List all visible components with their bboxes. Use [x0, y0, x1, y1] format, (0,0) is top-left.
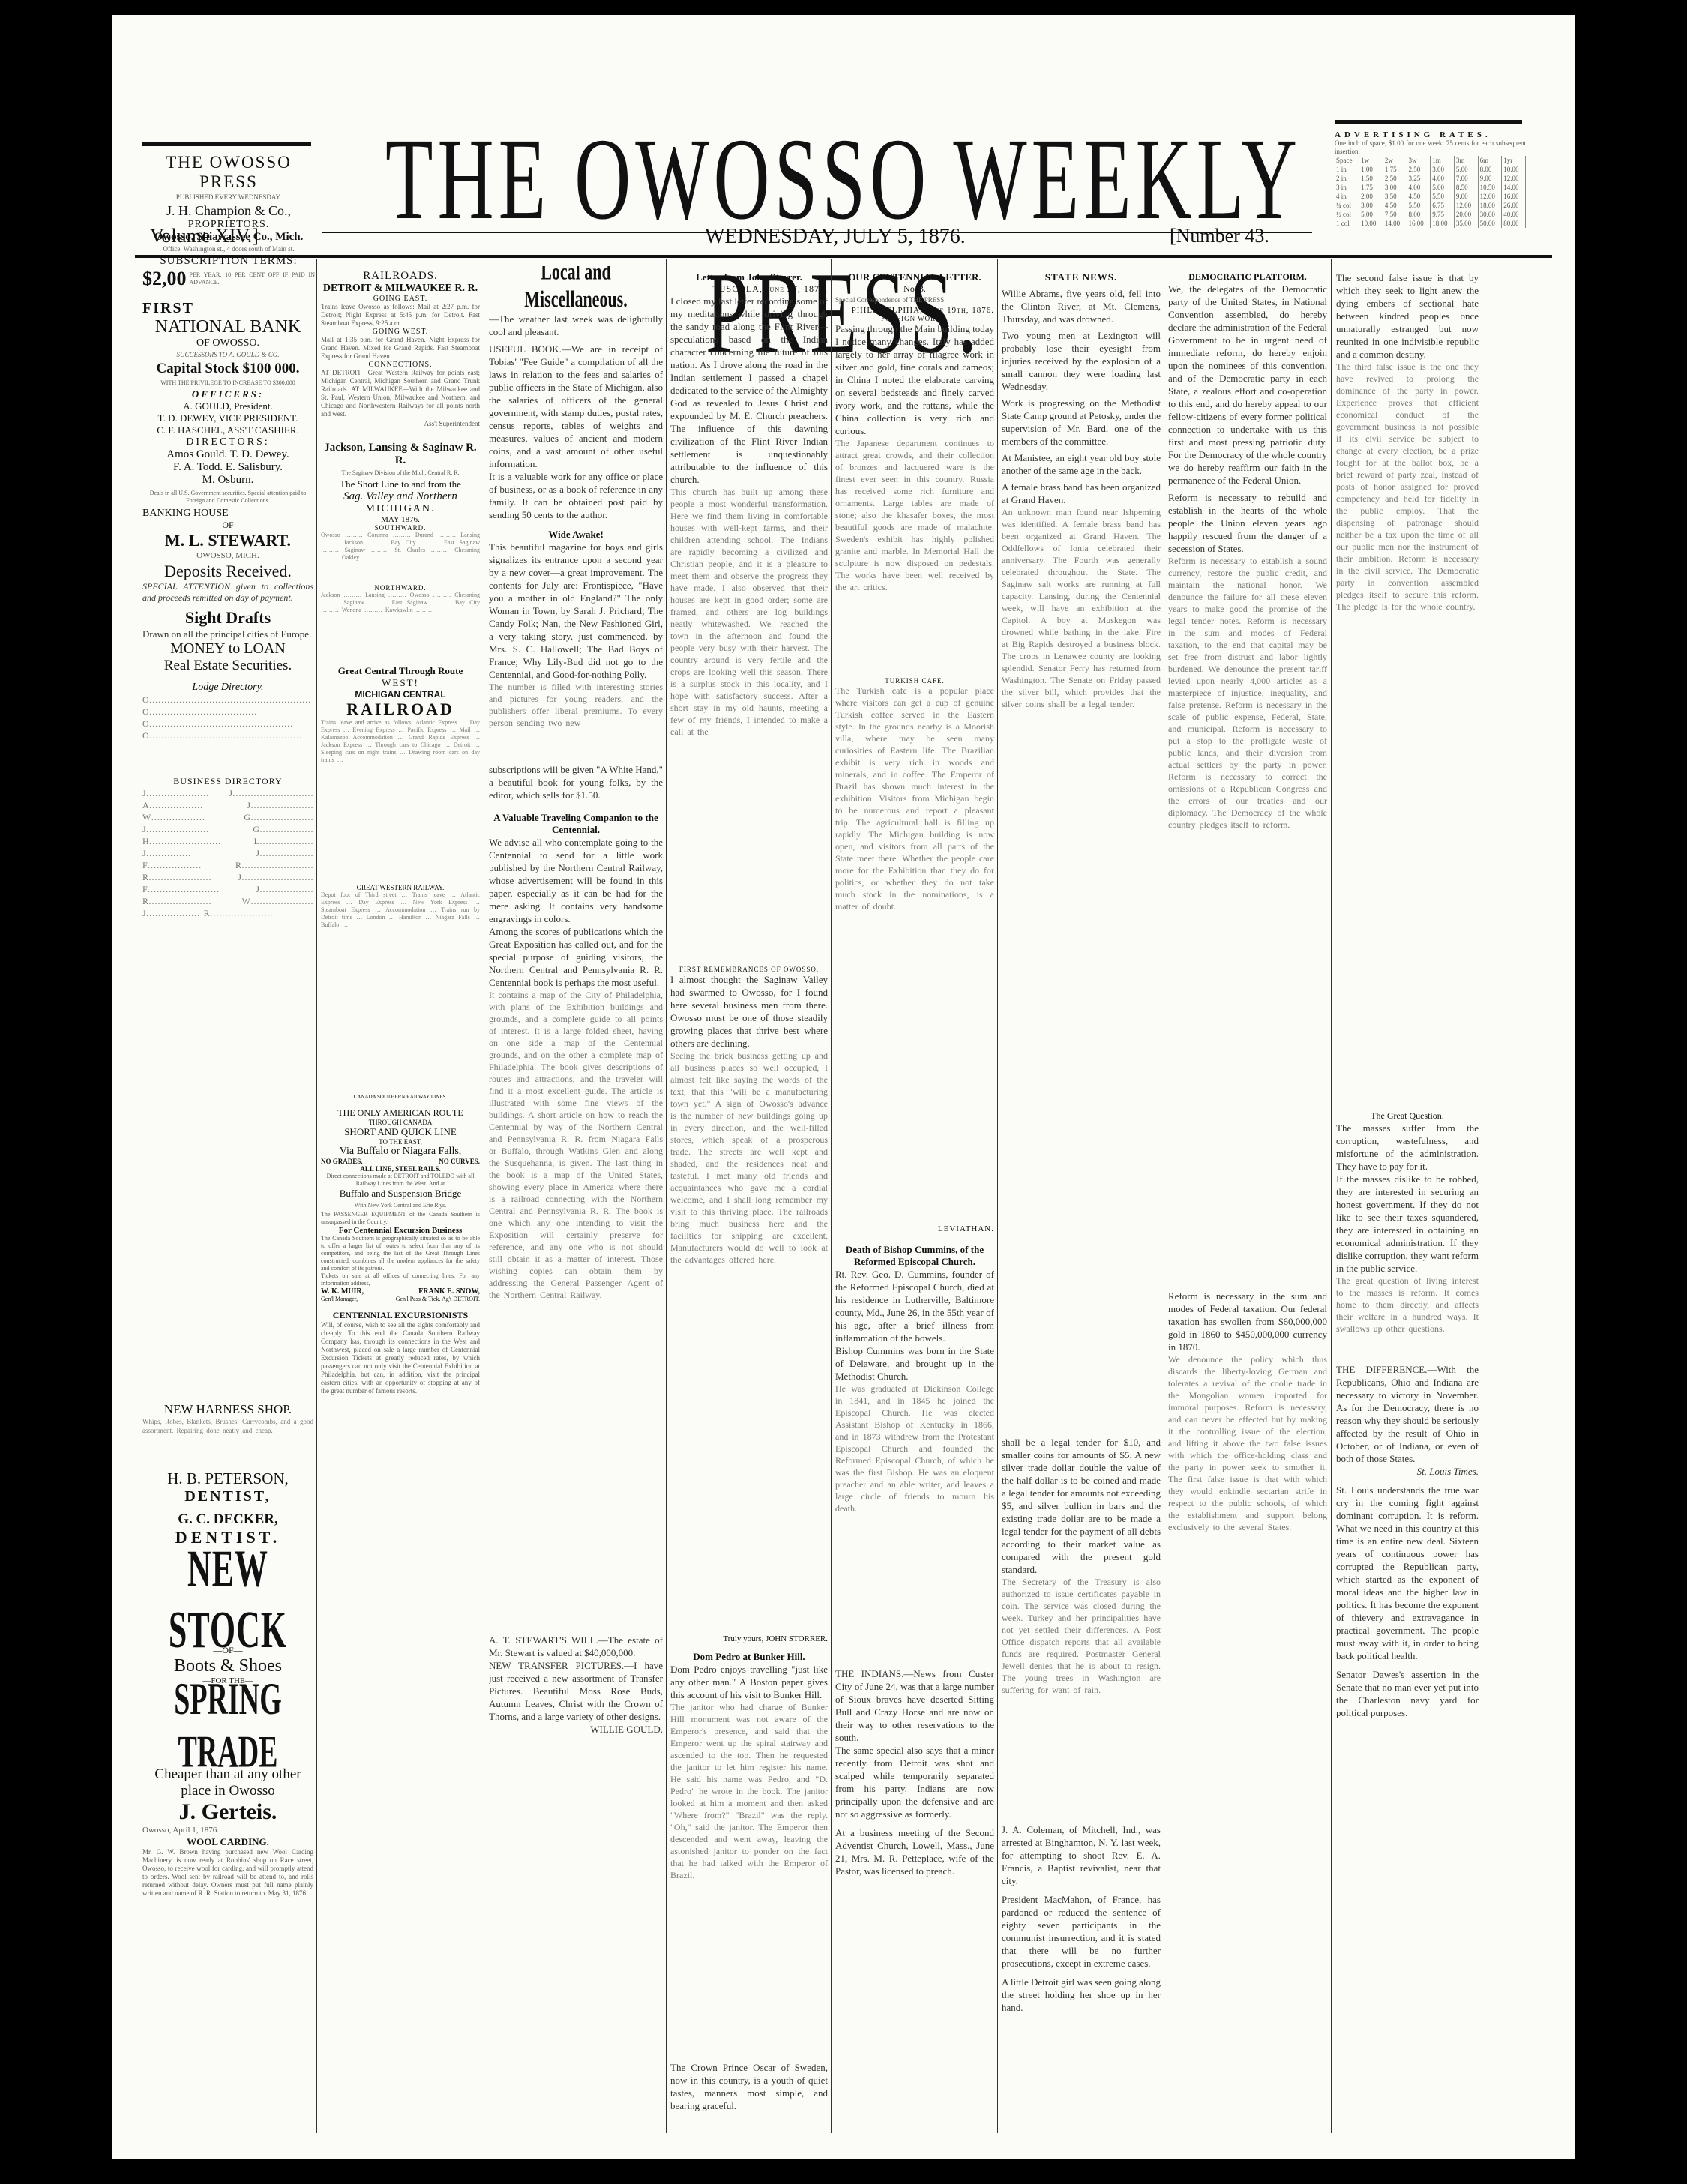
going-east: GOING EAST. [321, 295, 480, 303]
officer: C. F. HASCHEL, ASS'T CASHIER. [142, 424, 313, 436]
rates-cell: 5.50 [1407, 201, 1431, 210]
great-western: GREAT WESTERN RAILWAY. [321, 884, 480, 891]
rates-cell: 5.00 [1359, 210, 1383, 219]
rates-cell: 1.75 [1383, 165, 1407, 174]
no-curves: NO CURVES. [439, 1158, 480, 1165]
bank-first: FIRST [142, 300, 313, 317]
rates-row: 1 col10.0014.0016.0018.0035.0050.0080.00 [1335, 219, 1526, 228]
officers-list: A. GOULD, President.T. D. DEWEY, VICE PR… [142, 400, 313, 436]
foreign-works: FOREIGN WORKS. [835, 315, 994, 322]
to-east: TO THE EAST, [321, 1138, 480, 1146]
rates-cell: 35.00 [1454, 219, 1478, 228]
rates-cell: 18.00 [1431, 219, 1455, 228]
rates-cell: 80.00 [1502, 219, 1526, 228]
muir: W. K. MUIR, [321, 1287, 364, 1296]
canada-southern-lines: CANADA SOUTHERN RAILWAY LINES. [321, 1094, 480, 1100]
column-6-state-news: STATE NEWS. Willie Abrams, five years ol… [1002, 271, 1161, 2123]
directors-label: DIRECTORS: [142, 436, 313, 448]
rates-cell: 4.00 [1431, 174, 1455, 183]
traveling-heading: A Valuable Traveling Companion to the Ce… [489, 812, 663, 836]
rates-cell: 1yr [1502, 156, 1526, 165]
indians-item-2: The same special also says that a miner … [835, 1744, 994, 1820]
via-buffalo: Via Buffalo or Niagara Falls, [321, 1146, 480, 1158]
rates-cell: 6m [1478, 156, 1502, 165]
rates-row: ¼ col3.004.505.506.7512.0018.0026.00 [1335, 201, 1526, 210]
rates-cell: 3.50 [1383, 192, 1407, 201]
dom-pedro-text: Dom Pedro enjoys travelling "just like a… [670, 1663, 828, 1701]
ear-left: THE OWOSSO PRESS PUBLISHED EVERY WEDNESD… [142, 142, 315, 290]
peterson-name: H. B. PETERSON, [142, 1469, 313, 1488]
director: M. Osburn. [142, 474, 313, 487]
rates-cell: 3 in [1335, 183, 1359, 192]
bishop-heading: Death of Bishop Cummins, of the Reformed… [835, 1244, 994, 1268]
direct-connections: Direct connections made at DETROIT and T… [321, 1173, 480, 1188]
rates-cell: 1 in [1335, 165, 1359, 174]
rates-cell: 9.00 [1454, 192, 1478, 201]
bishop-text: Rt. Rev. Geo. D. Cummins, founder of the… [835, 1268, 994, 1344]
rates-cell: 2w [1383, 156, 1407, 165]
rates-cell: 3.00 [1383, 183, 1407, 192]
rates-cell: 9.75 [1431, 210, 1455, 219]
successors: SUCCESSORS TO A. GOULD & CO. [142, 349, 313, 361]
rates-cell: 40.00 [1502, 210, 1526, 219]
rates-cell: 1 col [1335, 219, 1359, 228]
railroads-heading: RAILROADS. [321, 270, 480, 283]
rates-cell: 4.50 [1407, 192, 1431, 201]
weather-item: —The weather last week was delightfully … [489, 313, 663, 338]
price-note: PER YEAR. 10 PER CENT OFF IF PAID IN ADV… [190, 271, 316, 286]
new-harness-shop: NEW HARNESS SHOP. [142, 1402, 313, 1417]
false-issue-text: The second false issue is that by which … [1336, 271, 1479, 361]
rates-cell: 14.00 [1383, 219, 1407, 228]
turkish-cafe: TURKISH CAFE. [835, 677, 994, 685]
rates-header-row: Space1w2w3w1m3m6m1yr [1335, 156, 1526, 165]
rates-cell: ½ col [1335, 210, 1359, 219]
ny-central: With New York Central and Erie R'ys. [321, 1200, 480, 1211]
new-transfer: NEW TRANSFER PICTURES.—I have just recei… [489, 1659, 663, 1723]
rates-cell: 6.75 [1431, 201, 1455, 210]
rates-cell: 16.00 [1502, 192, 1526, 201]
owosso-text: I almost thought the Saginaw Valley had … [670, 973, 828, 1050]
lodge-directory: Lodge Directory. [142, 682, 313, 694]
published-note: PUBLISHED EVERY WEDNESDAY. [142, 192, 315, 203]
rates-cell: 8.50 [1454, 183, 1478, 192]
stewart-name: M. L. STEWART. [142, 531, 313, 550]
state-news-item: At Manistee, an eight year old boy stole… [1002, 451, 1161, 477]
wide-awake-heading: Wide Awake! [489, 529, 663, 541]
rates-cell: 1w [1359, 156, 1383, 165]
new-stock: NEW STOCK [142, 1538, 313, 1660]
valuable-item: It is a valuable work for any office or … [489, 470, 663, 521]
muir-title: Gen'l Manager, [321, 1296, 358, 1302]
real-estate: Real Estate Securities. [142, 658, 313, 674]
rates-cell: 8.00 [1478, 165, 1502, 174]
director: Amos Gould. T. D. Dewey. [142, 448, 313, 461]
rates-cell: 20.00 [1454, 210, 1478, 219]
rates-cell: 30.00 [1478, 210, 1502, 219]
rates-cell: 2.50 [1383, 174, 1407, 183]
rates-row: 2 in1.502.503.254.007.009.0012.00 [1335, 174, 1526, 183]
rates-cell: 5.00 [1431, 183, 1455, 192]
state-news-item: Work is progressing on the Methodist Sta… [1002, 397, 1161, 448]
special-correspondence: Special Correspondence of THE PRESS. [835, 295, 994, 306]
rates-cell: 7.00 [1454, 174, 1478, 183]
southward: SOUTHWARD. [321, 524, 480, 532]
centennial-heading: OUR CENTENNIAL LETTER. [835, 271, 994, 283]
northward: NORTHWARD. [321, 584, 480, 592]
going-west: GOING WEST. [321, 328, 480, 336]
drafts-text: Drawn on all the principal cities of Eur… [142, 628, 313, 640]
rates-cell: 1m [1431, 156, 1455, 165]
bank-name: NATIONAL BANK [142, 317, 313, 337]
spring-trade: SPRING TRADE [142, 1673, 313, 1779]
rates-cell: 4.00 [1407, 183, 1431, 192]
gc-title: Great Central Through Route [321, 665, 480, 677]
capital-stock: Capital Stock $100 000. [142, 361, 313, 377]
rates-cell: 3.25 [1407, 174, 1431, 183]
dentist-label-1: DENTIST, [142, 1488, 313, 1505]
rates-cell: 26.00 [1502, 201, 1526, 210]
rates-cell: 8.00 [1407, 210, 1431, 219]
director: F. A. Todd. E. Salisbury. [142, 461, 313, 474]
state-news-list: Willie Abrams, five years old, fell into… [1002, 287, 1161, 506]
centennial-signature: LEVIATHAN. [835, 1224, 994, 1233]
ear-left-title: THE OWOSSO PRESS [142, 153, 315, 192]
rates-cell: 18.00 [1478, 201, 1502, 210]
rates-cell: 12.00 [1454, 201, 1478, 210]
rates-cell: 10.50 [1478, 183, 1502, 192]
column-5-centennial: OUR CENTENNIAL LETTER. No. 3. Special Co… [835, 271, 994, 2123]
business-directory: BUSINESS DIRECTORY [142, 776, 313, 787]
rates-cell: ¼ col [1335, 201, 1359, 210]
rates-cell: 4.50 [1383, 201, 1407, 210]
crown-prince: The Crown Prince Oscar of Sweden, now in… [670, 2061, 828, 2112]
storrer-signature: Truly yours, JOHN STORRER. [670, 1634, 828, 1643]
money-to-loan: MONEY to LOAN [142, 640, 313, 658]
steel-rails: ALL LINE, STEEL RAILS. [321, 1165, 480, 1173]
wool-carding: WOOL CARDING. [142, 1836, 313, 1848]
gerteis-date: Owosso, April 1, 1876. [142, 1825, 313, 1836]
storrer-dateline: TUSCOLA, June 27, 1876. [670, 283, 828, 295]
officer: T. D. DEWEY, VICE PRESIDENT. [142, 412, 313, 424]
subscription-price: $2,00 [142, 268, 187, 290]
rates-cell: 3.00 [1359, 201, 1383, 210]
dm-title: DETROIT & MILWAUKEE R. R. [321, 283, 480, 295]
rates-cell: 10.00 [1502, 165, 1526, 174]
jls-short: The Short Line to and from the [321, 478, 480, 490]
rates-cell: 2 in [1335, 174, 1359, 183]
reform-text-2: Reform is necessary in the sum and modes… [1168, 1290, 1327, 1353]
jls-sub: The Saginaw Division of the Mich. Centra… [321, 467, 480, 478]
indians-item: THE INDIANS.—News from Custer City of Ju… [835, 1667, 994, 1744]
state-news-item: A female brass band has been organized a… [1002, 481, 1161, 506]
jls-title: Jackson, Lansing & Saginaw R. R. [321, 442, 480, 467]
great-question-text-2: If the masses dislike to be robbed, they… [1336, 1173, 1479, 1275]
rates-note: One inch of space, $1.00 for one week; 7… [1335, 139, 1526, 156]
jls-michigan: MICHIGAN. [321, 503, 480, 515]
detroit-girl-item: A little Detroit girl was seen going alo… [1002, 1976, 1161, 2014]
centennial-text: Passing through the Main building today … [835, 322, 994, 437]
mc-label-1: MICHIGAN CENTRAL [321, 689, 480, 700]
special-attention: SPECIAL ATTENTION given to collections a… [142, 581, 313, 604]
rates-cell: 10.00 [1359, 219, 1383, 228]
issue-number: [Number 43. [1170, 225, 1269, 247]
rates-cell: 3m [1454, 156, 1478, 165]
white-hand: subscriptions will be given "A White Han… [489, 763, 663, 801]
column-7-platform: DEMOCRATIC PLATFORM. We, the delegates o… [1168, 271, 1327, 2123]
ear-right: ADVERTISING RATES. One inch of space, $1… [1335, 120, 1526, 228]
superintendent: Ass't Superintendent [321, 418, 480, 430]
rates-row: 4 in2.003.504.505.509.0012.0016.00 [1335, 192, 1526, 201]
rates-cell: 16.00 [1407, 219, 1431, 228]
rates-title: ADVERTISING RATES. [1335, 130, 1526, 139]
state-news-item: Two young men at Lexington will probably… [1002, 329, 1161, 393]
decker-name: G. C. DECKER, [142, 1511, 313, 1528]
buffalo-bridge: Buffalo and Suspension Bridge [321, 1188, 480, 1200]
west-text: Mail at 1:35 p.m. for Grand Haven. Night… [321, 336, 480, 361]
reform-text: Reform is necessary to rebuild and estab… [1168, 491, 1327, 555]
scan-border-left [0, 0, 127, 2184]
short-quick: SHORT AND QUICK LINE [321, 1126, 480, 1138]
no-grades: NO GRADES, [321, 1158, 363, 1165]
wool-text: Mr. G. W. Brown having purchased new Woo… [142, 1848, 313, 1898]
column-3-local: Local and Miscellaneous. —The weather la… [489, 266, 663, 2126]
mc-label-2: RAILROAD [321, 700, 480, 719]
storrer-text: I closed my last letter recording some o… [670, 295, 828, 486]
privilege: WITH THE PRIVILEGE TO INCREASE TO $300,0… [142, 377, 313, 388]
dawes-item: Senator Dawes's assertion in the Senate … [1336, 1668, 1479, 1719]
connections-text: AT DETROIT—Great Western Railway for poi… [321, 369, 480, 418]
useful-book-item: USEFUL BOOK.—We are in receipt of Tobias… [489, 343, 663, 470]
snow: FRANK E. SNOW, [418, 1287, 480, 1296]
traveling-text: We advise all who contemplate going to t… [489, 836, 663, 925]
excursionists-heading: CENTENNIAL EXCURSIONISTS [321, 1310, 480, 1321]
rates-cell: Space [1335, 156, 1359, 165]
centennial-dateline: PHILADELPHIA, June 19th, 1876. [835, 306, 994, 315]
stewart-location: OWOSSO, MICH. [142, 550, 313, 562]
of-label: OF [142, 520, 313, 531]
through-canada: THROUGH CANADA [321, 1119, 480, 1126]
silver-bill: shall be a legal tender for $10, and sma… [1002, 1436, 1161, 1576]
only-route: THE ONLY AMERICAN ROUTE [321, 1107, 480, 1119]
great-question-text: The masses suffer from the corruption, w… [1336, 1122, 1479, 1173]
local-heading: Local and Miscellaneous. [489, 266, 663, 313]
state-news-item: Willie Abrams, five years old, fell into… [1002, 287, 1161, 325]
traveling-text-2: Among the scores of publications which t… [489, 925, 663, 989]
centennial-business-text: The Canada Southern is geographically si… [321, 1235, 480, 1272]
platform-text: We, the delegates of the Democratic part… [1168, 283, 1327, 487]
wide-awake-text: This beautiful magazine for boys and gir… [489, 541, 663, 681]
rates-cell: 2.50 [1407, 165, 1431, 174]
centennial-business: For Centennial Excursion Business [321, 1226, 480, 1235]
rates-row: 3 in1.753.004.005.008.5010.5014.00 [1335, 183, 1526, 192]
rates-cell: 14.00 [1502, 183, 1526, 192]
issue-date: WEDNESDAY, JULY 5, 1876. [705, 225, 966, 249]
dom-pedro-heading: Dom Pedro at Bunker Hill. [670, 1651, 828, 1663]
bishop-text-2: Bishop Cummins was born in the State of … [835, 1344, 994, 1383]
directors-list: Amos Gould. T. D. Dewey.F. A. Todd. E. S… [142, 448, 313, 487]
officer: A. GOULD, President. [142, 400, 313, 412]
officers-label: OFFICERS: [142, 388, 313, 400]
bank-of: OF OWOSSO. [142, 337, 313, 349]
scan-border-right [1575, 0, 1687, 2184]
remembrance: FIRST REMEMBRANCES OF OWOSSO. [670, 966, 828, 973]
column-8-editorial: The second false issue is that by which … [1336, 271, 1479, 2123]
rates-cell: 1.75 [1359, 183, 1383, 192]
difference-item: THE DIFFERENCE.—With the Republicans, Oh… [1336, 1363, 1479, 1465]
stewart-will: A. T. STEWART'S WILL.—The estate of Mr. … [489, 1634, 663, 1659]
adventist-item: At a business meeting of the Second Adve… [835, 1826, 994, 1877]
macmahon-item: President MacMahon, of France, has pardo… [1002, 1893, 1161, 1970]
gerteis-name: J. Gerteis. [142, 1799, 313, 1825]
rates-cell: 3.00 [1431, 165, 1455, 174]
snow-title: Gen'l Pass & Tick. Ag't DETROIT. [396, 1296, 480, 1302]
willie-gould: WILLIE GOULD. [489, 1723, 663, 1736]
st-louis-times: St. Louis Times. [1336, 1465, 1479, 1478]
rates-cell: 4 in [1335, 192, 1359, 201]
rates-cell: 1.00 [1359, 165, 1383, 174]
rates-cell: 1.50 [1359, 174, 1383, 183]
deposits-received: Deposits Received. [142, 562, 313, 581]
sight-drafts: Sight Drafts [142, 608, 313, 628]
publisher: J. H. Champion & Co., [142, 203, 315, 219]
bank-note: Deals in all U.S. Government securities.… [142, 490, 313, 505]
jls-valley: Sag. Valley and Northern [321, 490, 480, 503]
column-1-ads: FIRST NATIONAL BANK OF OWOSSO. SUCCESSOR… [142, 300, 313, 2129]
equipment: The PASSENGER EQUIPMENT of the Canada So… [321, 1211, 480, 1226]
tickets: Tickets on sale at all offices of connec… [321, 1272, 480, 1287]
state-news-heading: STATE NEWS. [1002, 271, 1161, 283]
great-question-heading: The Great Question. [1336, 1110, 1479, 1122]
rates-row: 1 in1.001.752.503.005.008.0010.00 [1335, 165, 1526, 174]
rates-cell: 12.00 [1502, 174, 1526, 183]
connections: CONNECTIONS. [321, 361, 480, 369]
volume: Volume XIV.] [150, 225, 259, 247]
rates-cell: 7.50 [1383, 210, 1407, 219]
storrer-heading: Letter from John Storrer. [670, 271, 828, 283]
rates-cell: 3w [1407, 156, 1431, 165]
rates-cell: 2.00 [1359, 192, 1383, 201]
platform-heading: DEMOCRATIC PLATFORM. [1168, 271, 1327, 283]
jls-date: MAY 1876. [321, 515, 480, 524]
letter-number: No. 3. [835, 283, 994, 295]
gc-west: WEST! [321, 677, 480, 689]
column-4-letter: Letter from John Storrer. TUSCOLA, June … [670, 271, 828, 2123]
banking-house: BANKING HOUSE [142, 508, 313, 520]
coleman-item: J. A. Coleman, of Mitchell, Ind., was ar… [1002, 1823, 1161, 1887]
rates-cell: 5.00 [1454, 165, 1478, 174]
st-louis-item: St. Louis understands the true war cry i… [1336, 1484, 1479, 1662]
rates-cell: 50.00 [1478, 219, 1502, 228]
excursionists-text: Will, of course, wish to see all the sig… [321, 1321, 480, 1395]
rates-cell: 12.00 [1478, 192, 1502, 201]
rates-cell: 9.00 [1478, 174, 1502, 183]
column-2-railroads: RAILROADS. DETROIT & MILWAUKEE R. R. GOI… [321, 270, 480, 2129]
east-text: Trains leave Owosso as follows: Mail at … [321, 303, 480, 328]
rates-cell: 5.50 [1431, 192, 1455, 201]
advertising-rates-table: Space1w2w3w1m3m6m1yr1 in1.001.752.503.00… [1335, 156, 1526, 228]
rates-row: ½ col5.007.508.009.7520.0030.0040.00 [1335, 210, 1526, 219]
